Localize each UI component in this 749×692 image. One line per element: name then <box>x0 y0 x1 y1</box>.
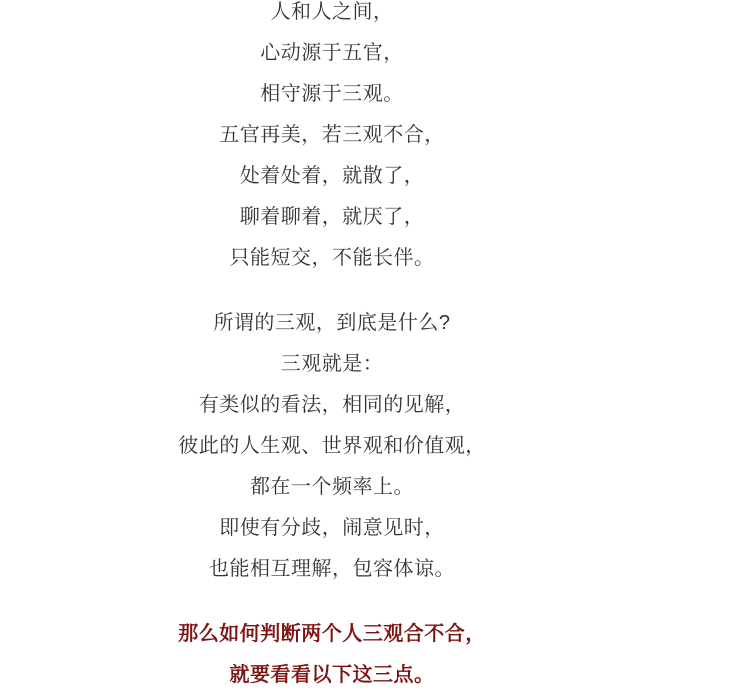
text-line: 即使有分歧，闹意见时， <box>0 508 664 549</box>
text-line: 聊着聊着，就厌了， <box>0 197 664 238</box>
article-body: 人和人之间， 心动源于五官， 相守源于三观。 五官再美，若三观不合， 处着处着，… <box>0 0 664 692</box>
text-line: 处着处着，就散了， <box>0 156 664 197</box>
text-line: 彼此的人生观、世界观和价值观， <box>0 426 664 467</box>
paragraph-group-1: 人和人之间， 心动源于五官， 相守源于三观。 五官再美，若三观不合， 处着处着，… <box>0 0 664 279</box>
text-line: 有类似的看法，相同的见解， <box>0 385 664 426</box>
emphasis-line: 那么如何判断两个人三观合不合， <box>0 614 664 655</box>
text-line: 只能短交，不能长伴。 <box>0 238 664 279</box>
text-line: 也能相互理解，包容体谅。 <box>0 549 664 590</box>
text-line: 所谓的三观，到底是什么? <box>0 303 664 344</box>
page-canvas: 人和人之间， 心动源于五官， 相守源于三观。 五官再美，若三观不合， 处着处着，… <box>0 0 749 692</box>
text-line: 五官再美，若三观不合， <box>0 115 664 156</box>
paragraph-group-2: 所谓的三观，到底是什么? 三观就是： 有类似的看法，相同的见解， 彼此的人生观、… <box>0 303 664 590</box>
text-line: 都在一个频率上。 <box>0 467 664 508</box>
text-line: 人和人之间， <box>0 0 664 33</box>
paragraph-group-emphasis: 那么如何判断两个人三观合不合， 就要看看以下这三点。 <box>0 614 664 692</box>
text-line: 心动源于五官， <box>0 33 664 74</box>
text-line: 相守源于三观。 <box>0 74 664 115</box>
emphasis-line: 就要看看以下这三点。 <box>0 655 664 692</box>
text-line: 三观就是： <box>0 344 664 385</box>
